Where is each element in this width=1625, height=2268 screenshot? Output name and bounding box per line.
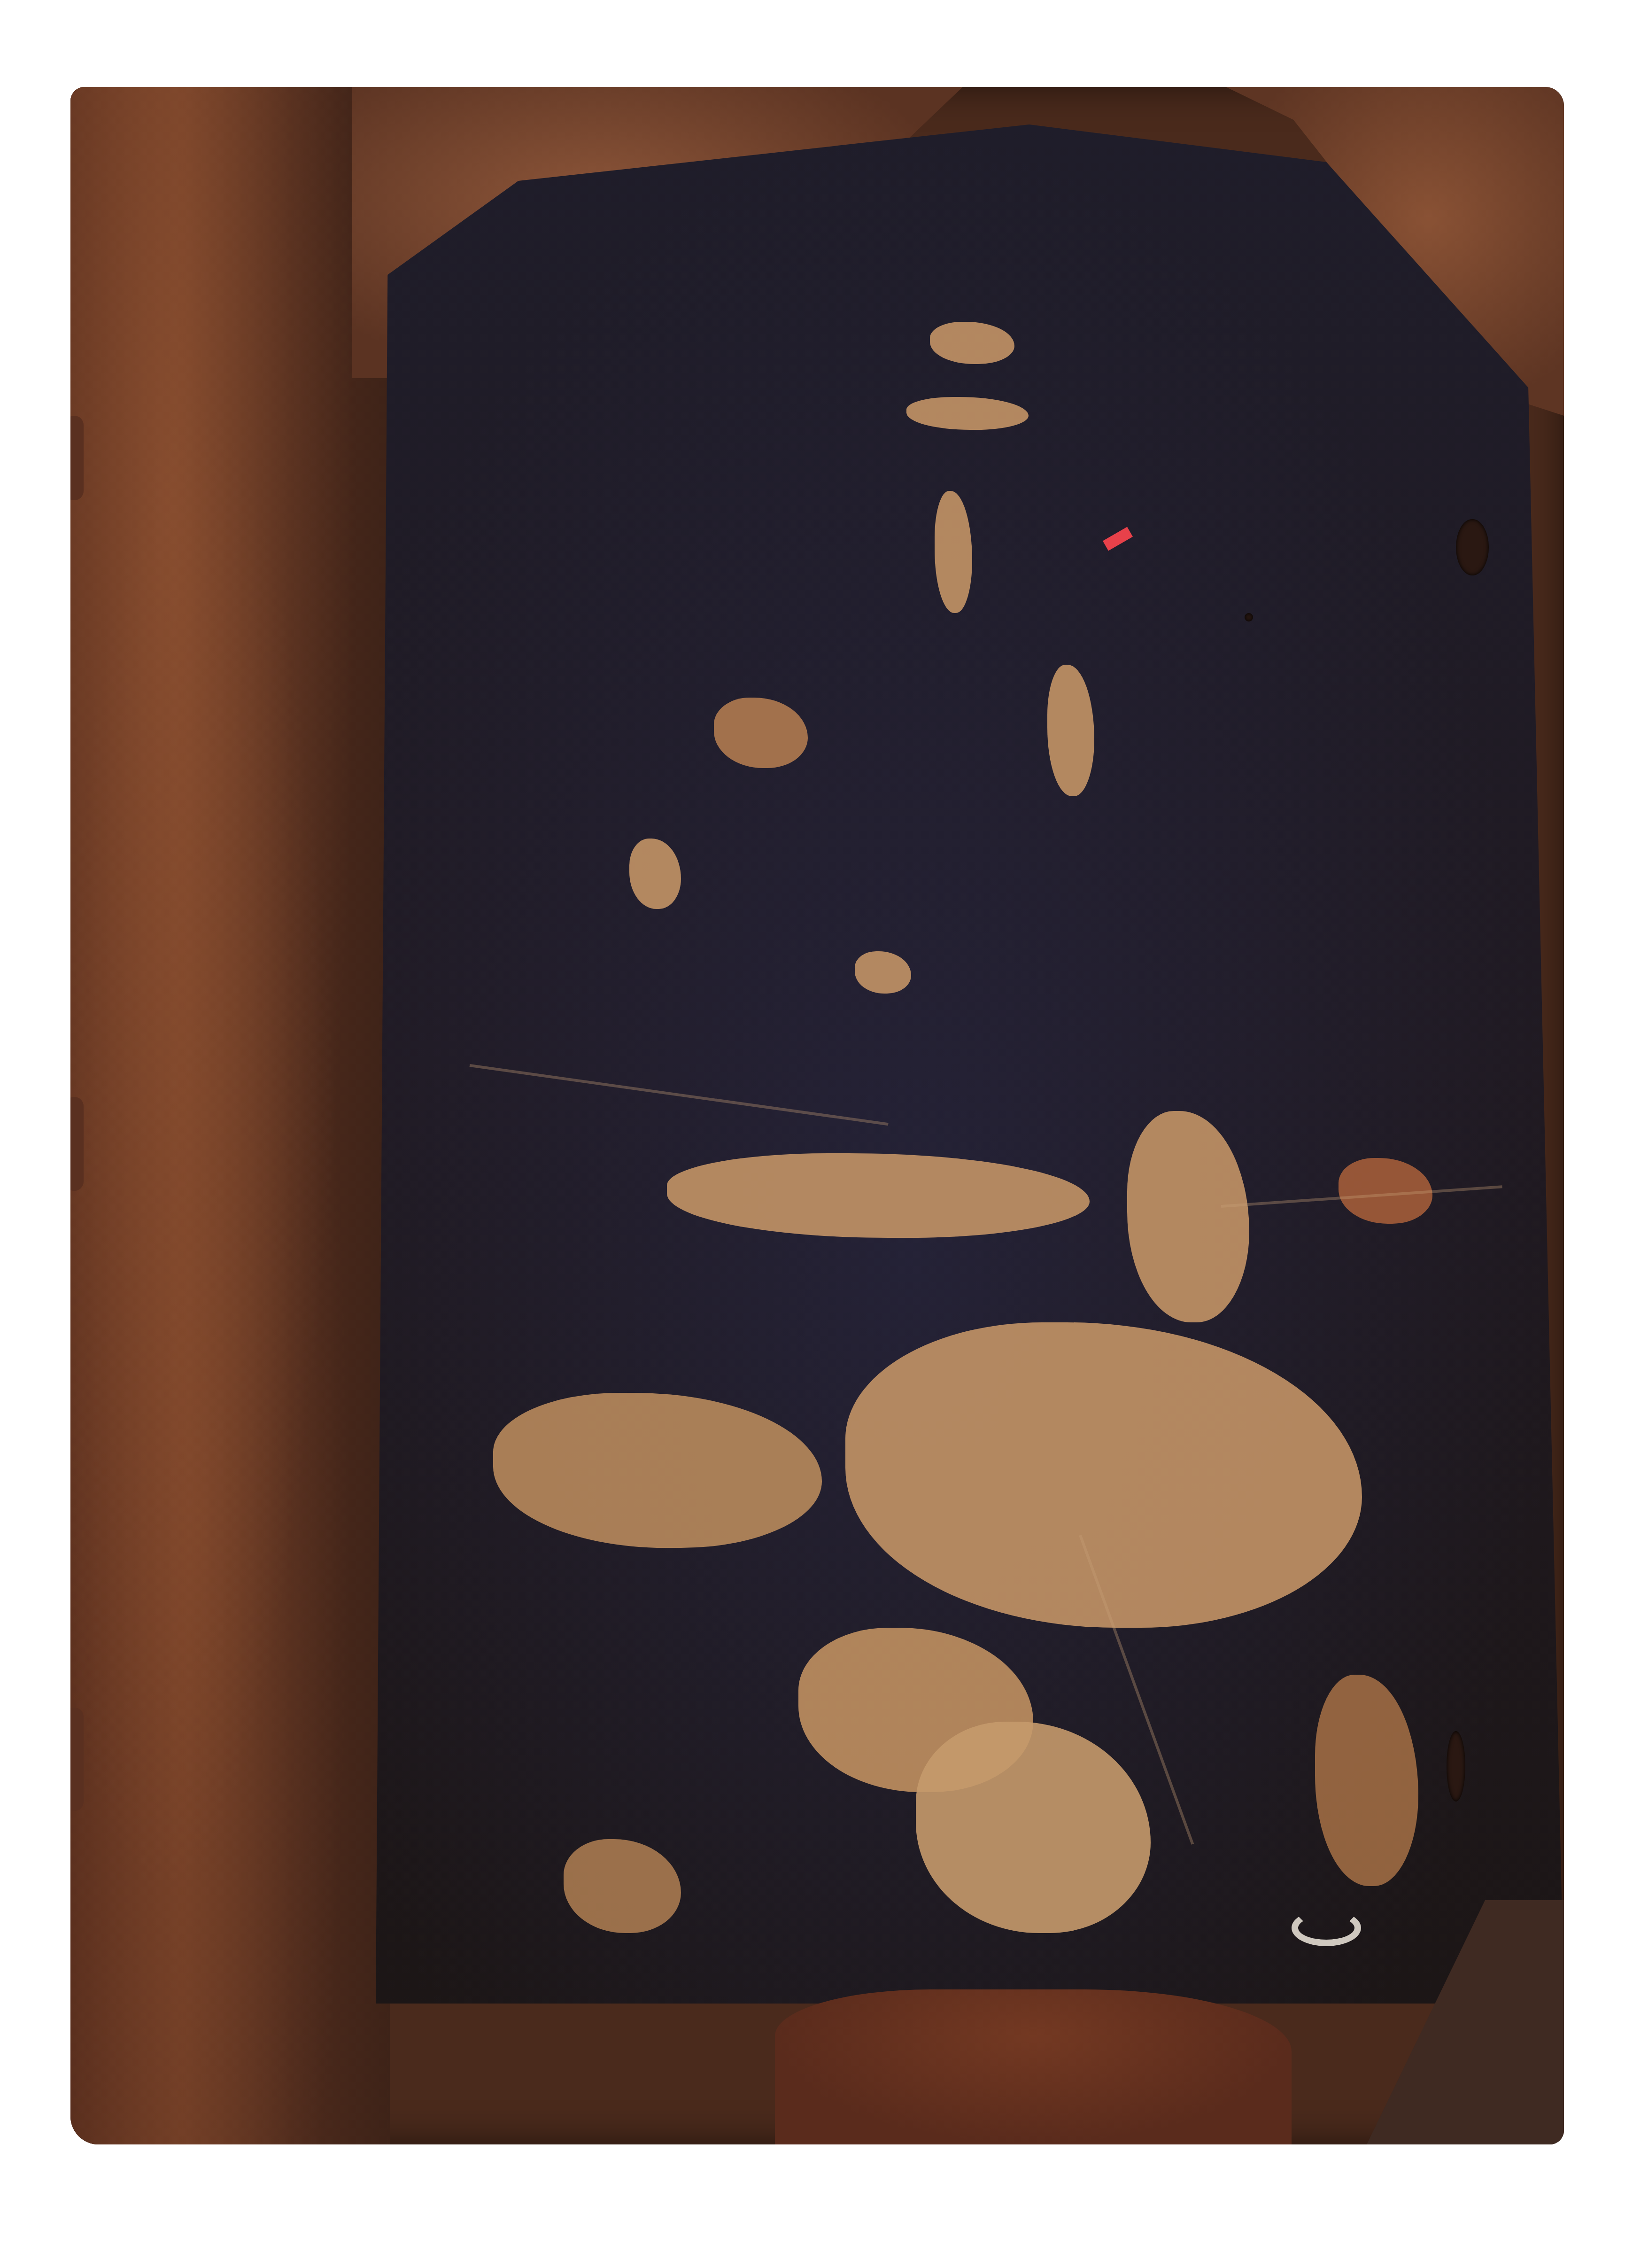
wear-patch [855, 951, 911, 994]
book-cover [70, 87, 1564, 2144]
wear-patch [906, 397, 1029, 430]
clasp-loop [1292, 1910, 1361, 1946]
wear-patch [916, 1722, 1151, 1933]
wear-patch [714, 698, 808, 768]
spine-band [70, 1708, 84, 1811]
wear-patch [564, 1839, 681, 1933]
spine-band [70, 416, 84, 500]
clasp-hole [1456, 519, 1489, 575]
pin-hole [1245, 613, 1253, 621]
wear-patch [930, 322, 1014, 364]
cover-panel [376, 124, 1564, 2004]
wear-patch [493, 1393, 822, 1548]
red-mark [1103, 527, 1133, 551]
spine-band [70, 1097, 84, 1191]
spine-leather [70, 87, 390, 2144]
book-cover-photo [0, 0, 1625, 2268]
wear-patch [629, 839, 681, 909]
bottom-leather [775, 1989, 1292, 2144]
wear-patch [1315, 1675, 1418, 1886]
wear-patch [1127, 1111, 1249, 1322]
clasp-hole [1447, 1731, 1465, 1802]
scratch [470, 1064, 889, 1126]
wear-patch [935, 491, 972, 613]
wear-patch [1047, 665, 1094, 796]
wear-patch [845, 1322, 1362, 1628]
wear-patch [667, 1153, 1090, 1238]
